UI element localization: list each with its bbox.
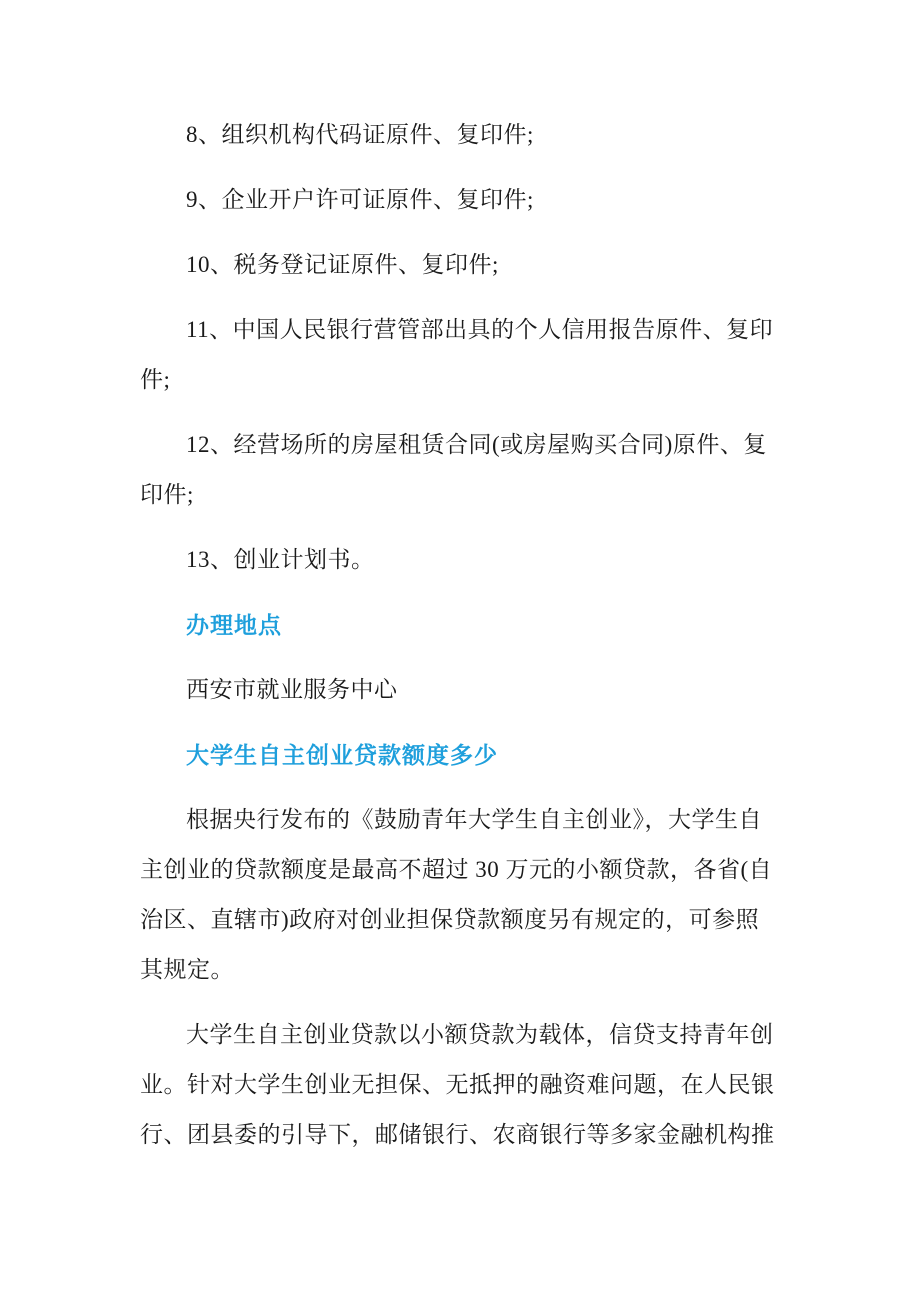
document-page: 8、组织机构代码证原件、复印件; 9、企业开户许可证原件、复印件; 10、税务登… bbox=[0, 0, 920, 1302]
loan-support-paragraph: 大学生自主创业贷款以小额贷款为载体，信贷支持青年创业。针对大学生创业无担保、无抵… bbox=[140, 1010, 780, 1160]
list-item-13: 13、创业计划书。 bbox=[140, 535, 780, 585]
loan-amount-paragraph: 根据央行发布的《鼓励青年大学生自主创业》，大学生自主创业的贷款额度是最高不超过 … bbox=[140, 795, 780, 995]
list-item-9: 9、企业开户许可证原件、复印件; bbox=[140, 175, 780, 225]
list-item-11: 11、中国人民银行营管部出具的个人信用报告原件、复印件; bbox=[140, 305, 780, 405]
list-item-12: 12、经营场所的房屋租赁合同(或房屋购买合同)原件、复印件; bbox=[140, 420, 780, 520]
section-heading-loan-amount: 大学生自主创业贷款额度多少 bbox=[140, 730, 780, 780]
processing-location-text: 西安市就业服务中心 bbox=[140, 665, 780, 715]
section-heading-processing-location: 办理地点 bbox=[140, 600, 780, 650]
list-item-10: 10、税务登记证原件、复印件; bbox=[140, 240, 780, 290]
list-item-8: 8、组织机构代码证原件、复印件; bbox=[140, 110, 780, 160]
